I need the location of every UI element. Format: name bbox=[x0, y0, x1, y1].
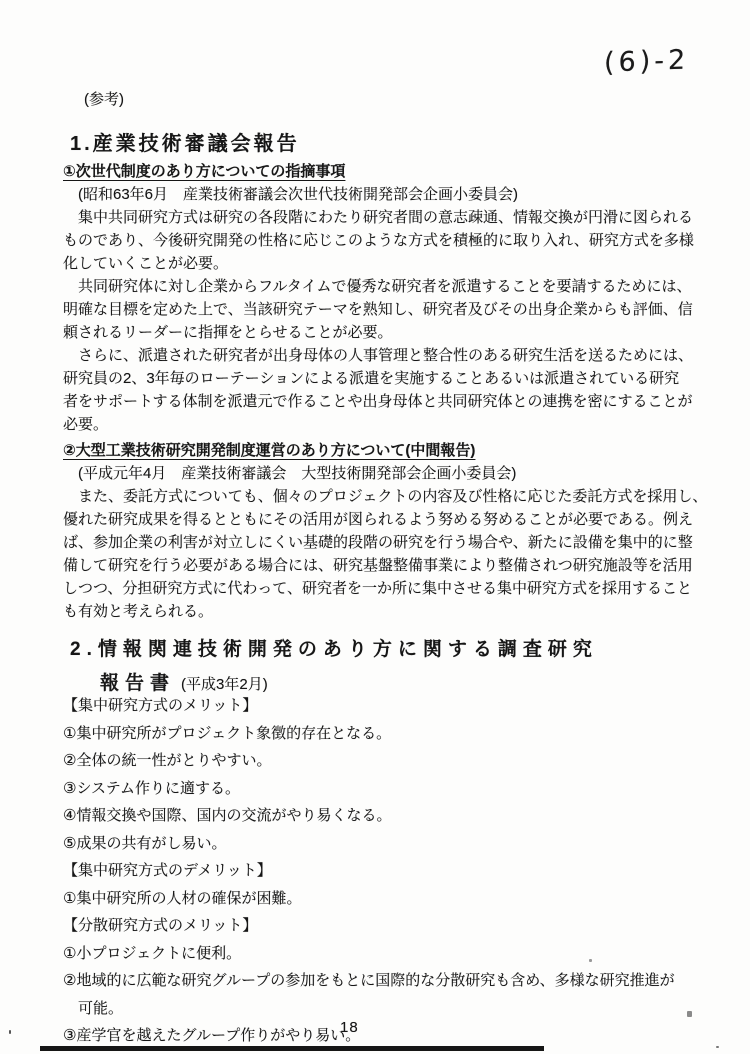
scan-artifact-bar bbox=[40, 1046, 544, 1051]
section1-body: ①次世代制度のあり方についての指摘事項 (昭和63年6月 産業技術審議会次世代技… bbox=[63, 160, 723, 623]
section1-item1-source: (昭和63年6月 産業技術審議会次世代技術開発部会企画小委員会) bbox=[63, 183, 723, 206]
section1-item2-heading: ②大型工業技術研究開発制度運営のあり方について(中間報告) bbox=[63, 439, 723, 462]
section2-title-line1: 2.情報関連技術開発のあり方に関する調査研究 bbox=[70, 634, 598, 661]
scan-speck bbox=[687, 1011, 692, 1017]
section2-title: 2.情報関連技術開発のあり方に関する調査研究 報告書(平成3年2月) bbox=[70, 634, 598, 695]
page-number: 18 bbox=[340, 1019, 359, 1036]
section1-item1-text: 集中共同研究方式は研究の各段階にわたり研究者間の意志疎通、情報交換が円滑に図られ… bbox=[63, 206, 723, 436]
merit-demerit-list: 【集中研究方式のメリット】 ①集中研究所がプロジェクト象徴的存在となる。 ②全体… bbox=[63, 692, 723, 1050]
section2-title-date: (平成3年2月) bbox=[181, 676, 268, 693]
section1-item2-source: (平成元年4月 産業技術審議会 大型技術開発部会企画小委員会) bbox=[63, 462, 723, 485]
section1-item2-text: また、委託方式についても、個々のプロジェクトの内容及び性格に応じた委託方式を採用… bbox=[63, 485, 723, 623]
section2-title-report-word: 報告書 bbox=[100, 673, 175, 694]
reference-note: (参考) bbox=[84, 88, 124, 109]
scan-speck bbox=[9, 1030, 11, 1034]
handwritten-corner-mark: (6)-2 bbox=[604, 44, 690, 78]
section1-title: 1.産業技術審議会報告 bbox=[70, 127, 300, 156]
section1-item1-heading: ①次世代制度のあり方についての指摘事項 bbox=[63, 160, 723, 183]
section2-title-line2: 報告書(平成3年2月) bbox=[70, 668, 598, 695]
scan-speck bbox=[589, 959, 592, 962]
scan-speck bbox=[716, 1046, 719, 1048]
scanned-document-page: (6)-2 (参考) 1.産業技術審議会報告 ①次世代制度のあり方についての指摘… bbox=[0, 0, 750, 1054]
